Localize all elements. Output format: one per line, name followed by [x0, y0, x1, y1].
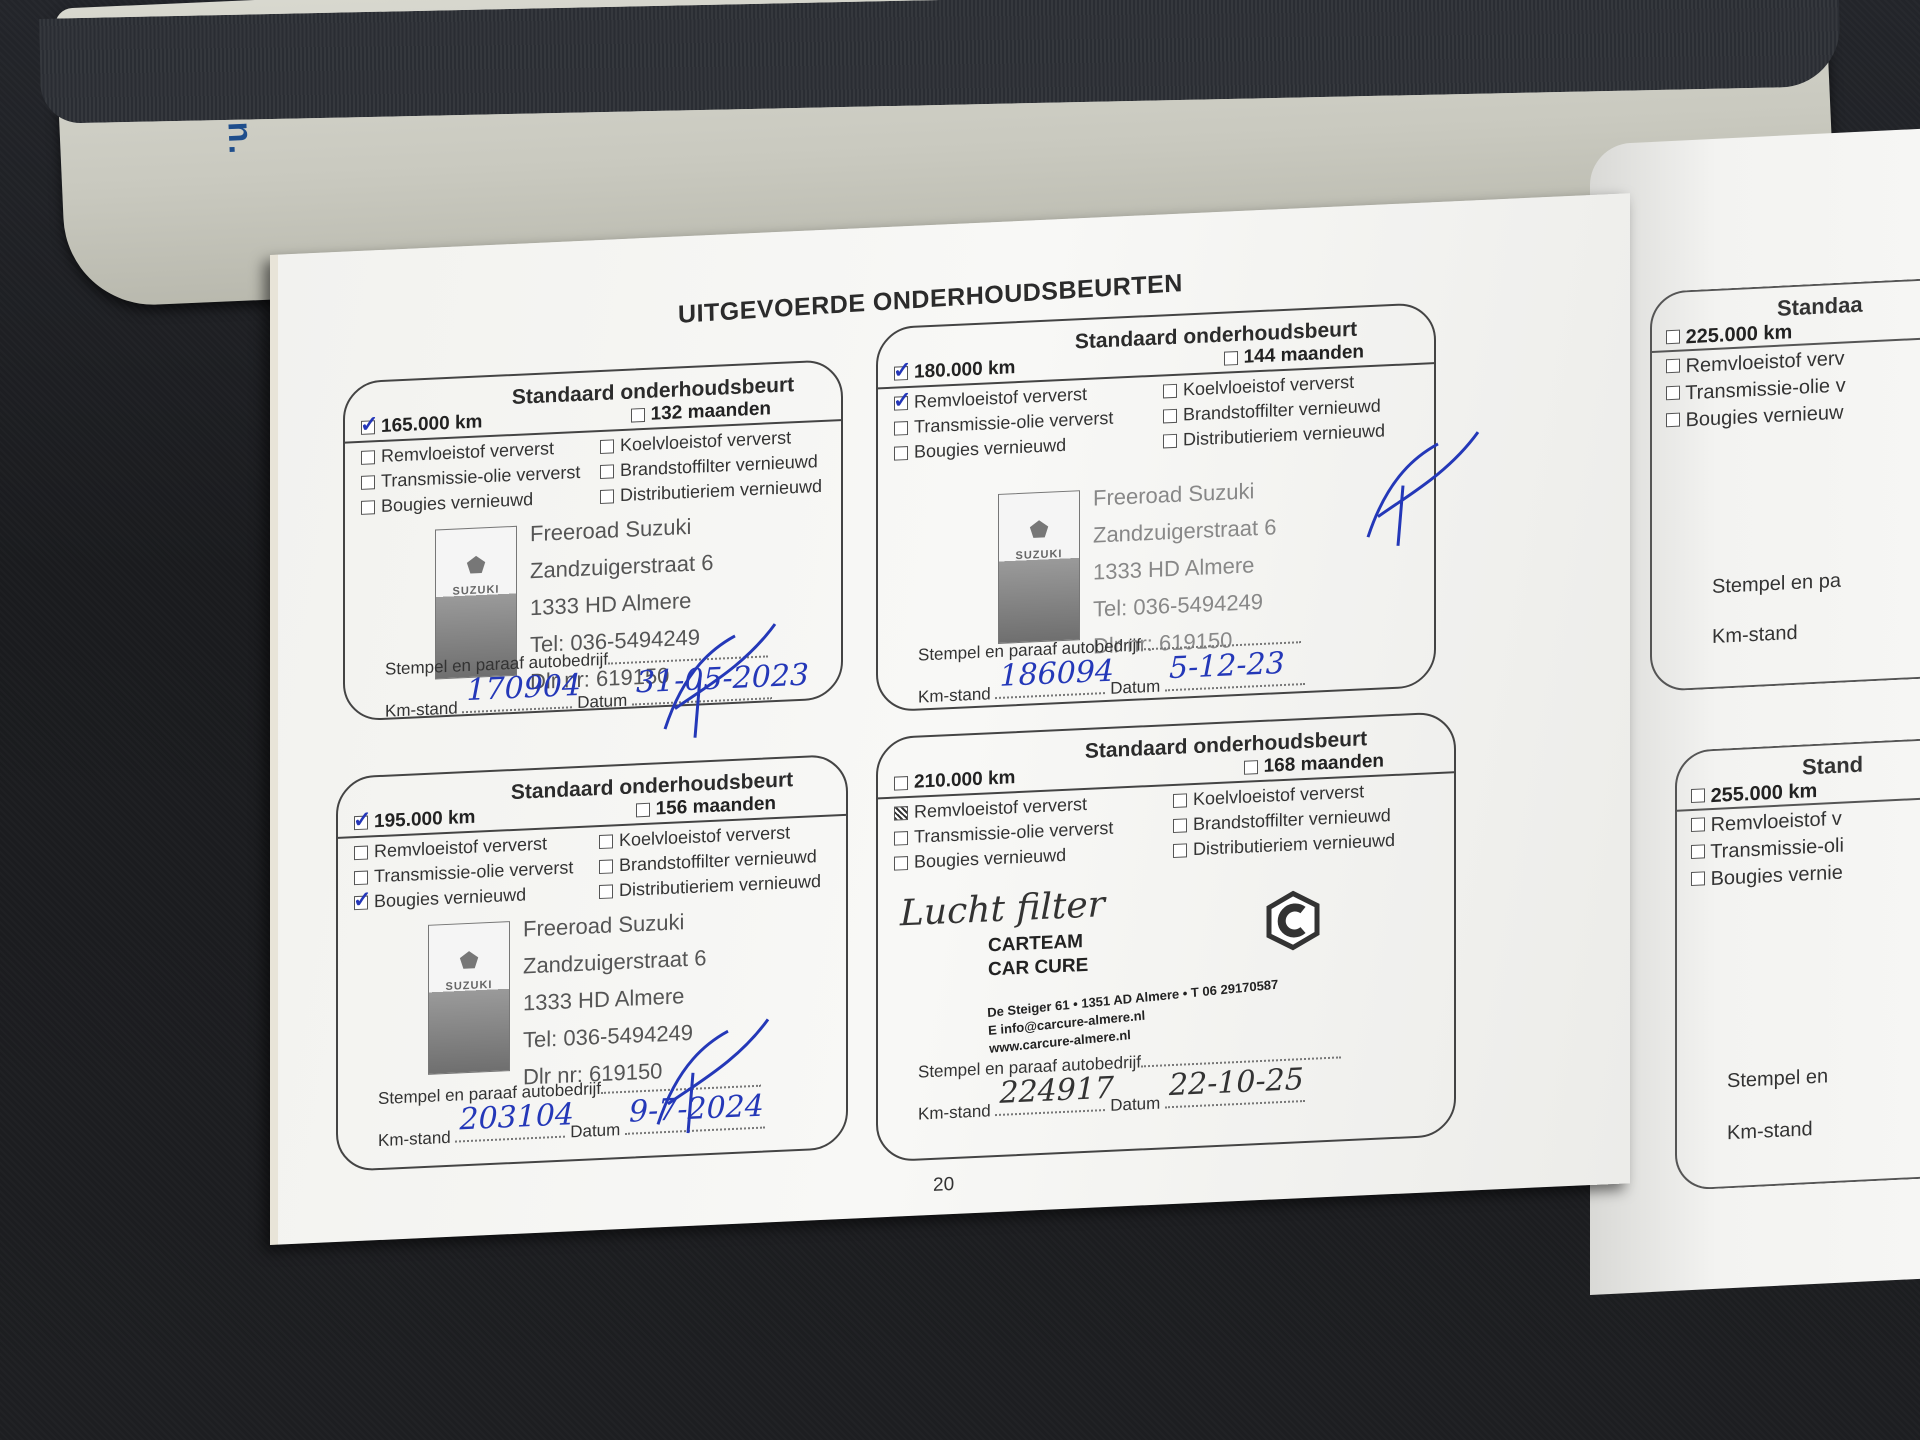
km-field[interactable]: 170904	[462, 694, 572, 713]
date-field[interactable]: 5-12-23	[1165, 671, 1305, 691]
checkbox[interactable]	[1666, 413, 1680, 428]
checkbox[interactable]	[361, 500, 375, 515]
checkbox[interactable]	[1173, 843, 1187, 858]
checkbox[interactable]	[636, 803, 650, 818]
task-label: Distributieriem vernieuwd	[620, 476, 822, 506]
checkbox[interactable]	[1173, 818, 1187, 833]
mileage-option[interactable]: 180.000 km	[894, 357, 1015, 385]
service-booklet: Standaa 225.000 km Remvloeistof verv Tra…	[270, 255, 1920, 1260]
logo-text: SUZUKI	[446, 979, 493, 993]
checkbox[interactable]	[354, 870, 368, 885]
date-handwritten: 22-10-25	[1169, 1062, 1304, 1103]
mileage-label: 255.000 km	[1711, 780, 1818, 807]
checkbox[interactable]	[599, 859, 613, 874]
task-label: Remvloeistof ververst	[381, 438, 554, 467]
checkbox[interactable]	[361, 450, 375, 465]
km-label: Km-stand	[378, 1128, 451, 1150]
km-reading-handwritten: 170904	[466, 668, 581, 708]
checkbox[interactable]	[1244, 760, 1258, 775]
checkbox[interactable]	[599, 884, 613, 899]
km-label: Km-stand	[918, 684, 991, 706]
checkbox[interactable]	[1163, 383, 1177, 398]
task-label: Remvloeistof v	[1711, 808, 1842, 836]
checkbox[interactable]	[1666, 359, 1680, 374]
suzuki-s-icon: ⬟	[459, 948, 478, 975]
garage-name: CARTEAM CAR CURE	[988, 930, 1088, 983]
checkbox[interactable]	[894, 421, 908, 436]
months-label: 144 maanden	[1244, 341, 1364, 368]
checkbox[interactable]	[1691, 817, 1705, 832]
checkbox[interactable]	[354, 895, 368, 910]
mileage-option[interactable]: 195.000 km	[354, 807, 475, 835]
right-page: Standaa 225.000 km Remvloeistof verv Tra…	[1590, 124, 1920, 1295]
km-date-row: Km-stand 186094 Datum 5-12-23	[918, 670, 1305, 708]
checkbox[interactable]	[1666, 330, 1680, 345]
checkbox[interactable]	[1173, 793, 1187, 808]
garage-contact: De Steiger 61 • 1351 AD Almere • T 06 29…	[987, 976, 1281, 1058]
checkbox[interactable]	[894, 366, 908, 381]
checkbox[interactable]	[894, 806, 908, 821]
checkbox[interactable]	[1163, 433, 1177, 448]
task-label: Bougies vernieuwd	[381, 489, 533, 517]
checkbox[interactable]	[1224, 351, 1238, 366]
km-reading-handwritten: 186094	[999, 654, 1114, 694]
signature	[638, 999, 778, 1155]
task-label: Remvloeistof ververst	[914, 794, 1087, 823]
mileage-label: 210.000 km	[914, 767, 1015, 794]
date-handwritten: 5-12-23	[1169, 646, 1285, 686]
checkbox[interactable]	[354, 845, 368, 860]
checkbox[interactable]	[1666, 386, 1680, 401]
km-field[interactable]: 224917	[995, 1097, 1105, 1116]
km-label: Km-stand	[1727, 1118, 1813, 1145]
task-label: Transmissie-oli	[1710, 835, 1844, 864]
mileage-option[interactable]: 165.000 km	[361, 411, 482, 439]
checkbox[interactable]	[894, 856, 908, 871]
stamp-label: Stempel en pa	[1712, 570, 1841, 599]
checkbox[interactable]	[894, 396, 908, 411]
task-label: Remvloeistof ververst	[914, 384, 1087, 413]
mileage-label: 180.000 km	[914, 357, 1015, 384]
task-label: Bougies vernieuwd	[914, 435, 1066, 463]
checkbox[interactable]	[1163, 408, 1177, 423]
stamp-label: Stempel en	[1727, 1065, 1828, 1093]
task-label: Distributieriem vernieuwd	[1193, 830, 1395, 860]
date-label: Datum	[1110, 1094, 1160, 1115]
checkbox[interactable]	[600, 439, 614, 454]
mileage-label: 165.000 km	[381, 411, 482, 438]
date-label: Datum	[1110, 677, 1160, 698]
checkbox[interactable]	[354, 816, 368, 831]
checkbox[interactable]	[600, 489, 614, 504]
suzuki-stamp-logo: ⬟ SUZUKI	[428, 921, 510, 1075]
km-field[interactable]: 203104	[455, 1124, 565, 1143]
date-label: Datum	[577, 691, 627, 712]
checkbox[interactable]	[894, 446, 908, 461]
service-box-225000: Standaa 225.000 km Remvloeistof verv Tra…	[1650, 273, 1920, 692]
mileage-label: 225.000 km	[1686, 321, 1793, 348]
signature	[1348, 412, 1488, 568]
checkbox[interactable]	[1691, 844, 1705, 859]
service-box: Standaard onderhoudsbeurt 165.000 km 132…	[343, 359, 843, 722]
mileage-label: 195.000 km	[374, 807, 475, 834]
km-label: Km-stand	[918, 1101, 991, 1123]
km-reading-handwritten: 224917	[999, 1071, 1114, 1111]
task-label: Transmissie-olie v	[1685, 374, 1845, 404]
checkbox[interactable]	[361, 475, 375, 490]
months-label: 156 maanden	[656, 793, 776, 820]
km-label: Km-stand	[1712, 622, 1798, 649]
suzuki-s-icon: ⬟	[466, 552, 485, 579]
task-label: Koelvloeistof ververst	[1183, 372, 1354, 401]
km-field[interactable]: 186094	[995, 680, 1105, 699]
task-label: Remvloeistof ververst	[374, 833, 547, 862]
suzuki-s-icon: ⬟	[1029, 517, 1048, 544]
checkbox[interactable]	[1691, 871, 1705, 886]
checkbox[interactable]	[1691, 788, 1705, 803]
page-number: 20	[933, 1174, 954, 1197]
task-label: Koelvloeistof ververst	[619, 822, 790, 851]
logo-text: SUZUKI	[1016, 548, 1063, 562]
task-label: Koelvloeistof ververst	[1193, 781, 1364, 810]
km-label: Km-stand	[385, 698, 458, 720]
signature	[645, 604, 785, 760]
task-label: Bougies vernie	[1711, 862, 1843, 890]
service-box: Standaard onderhoudsbeurt 210.000 km 168…	[876, 711, 1456, 1162]
suzuki-stamp-logo: ⬟ SUZUKI	[998, 490, 1080, 644]
service-box: Standaard onderhoudsbeurt 195.000 km 156…	[336, 754, 848, 1172]
service-box: Standaard onderhoudsbeurt 180.000 km 144…	[876, 302, 1436, 712]
date-label: Datum	[570, 1120, 620, 1141]
checkbox[interactable]	[600, 464, 614, 479]
carcure-logo-icon	[1263, 889, 1323, 952]
checkbox[interactable]	[599, 834, 613, 849]
mileage-option[interactable]: 210.000 km	[894, 767, 1015, 795]
months-label: 132 maanden	[651, 398, 771, 425]
handwritten-note: Lucht filter	[900, 884, 1105, 934]
checkbox[interactable]	[361, 420, 375, 435]
date-field[interactable]: 22-10-25	[1165, 1088, 1305, 1108]
checkbox[interactable]	[894, 831, 908, 846]
left-page: UITGEVOERDE ONDERHOUDSBEURTEN Standaard …	[270, 193, 1630, 1245]
task-label: Bougies vernieuw	[1686, 402, 1844, 432]
km-date-row: Km-stand 224917 Datum 22-10-25	[918, 1087, 1305, 1125]
km-reading-handwritten: 203104	[459, 1097, 574, 1137]
task-label: Remvloeistof verv	[1686, 348, 1845, 378]
checkbox[interactable]	[631, 408, 645, 423]
task-label: Koelvloeistof ververst	[620, 427, 791, 456]
task-label: Distributieriem vernieuwd	[619, 871, 821, 901]
checkbox[interactable]	[894, 776, 908, 791]
logo-text: SUZUKI	[453, 584, 500, 598]
task-label: Bougies vernieuwd	[914, 845, 1066, 873]
months-label: 168 maanden	[1264, 750, 1384, 777]
garage-name-line: CAR CURE	[988, 954, 1088, 983]
service-box-255000: Stand 255.000 km Remvloeistof v Transmis…	[1675, 733, 1920, 1191]
task-label: Bougies vernieuwd	[374, 884, 526, 912]
